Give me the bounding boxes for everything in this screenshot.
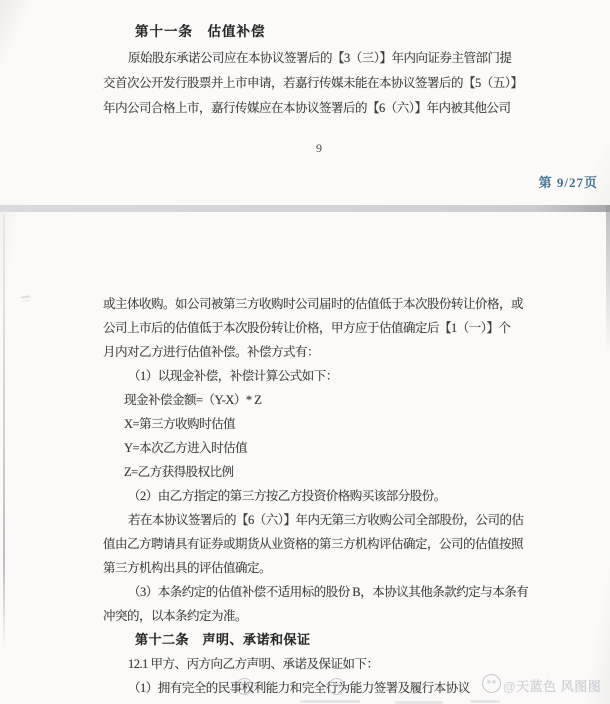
emoji-stamp-icon [482, 674, 501, 693]
body-line: 冲突的，以本条约定为准。 [103, 604, 539, 628]
body-line: （3）本条约定的估值补偿不适用标的股份 B，本协议其他条款约定与本条有 [103, 580, 539, 604]
body-line: 原始股东承诺公司应在本协议签署后的【3（三）】年内向证券主管部门提 [103, 46, 535, 71]
page-footer-indicator: 第 9/27页 [539, 172, 598, 191]
section-11-heading: 第十一条 估值补偿 [135, 20, 266, 40]
formula-line: Z=乙方获得股权比例 [103, 460, 539, 484]
body-line: 第三方机构出具的评估值确定。 [103, 556, 539, 580]
body-line: 若在本协议签署后的【6（六）】年内无第三方收购公司全部股份，公司的估 [103, 508, 539, 532]
body-line: （1）拥有完全的民事权利能力和完全行为能力签署及履行本协议 [103, 676, 539, 700]
formula-line: 现金补偿金额=（Y-X）* Z [103, 388, 539, 412]
emoji-stamp-icon [236, 678, 253, 695]
section-12-heading: 第十二条 声明、承诺和保证 [103, 628, 539, 652]
cutoff-text-smudge [300, 700, 360, 703]
body-line: （1）以现金补偿，补偿计算公式如下： [103, 364, 539, 388]
body-line: 月内对乙方进行估值补偿。补偿方式有： [103, 340, 539, 364]
formula-line: X=第三方收购时估值 [103, 412, 539, 436]
body-line: （2）由乙方指定的第三方按乙方投资价格购买该部分股份。 [103, 484, 539, 508]
screenshot-canvas: 第十一条 估值补偿 原始股东承诺公司应在本协议签署后的【3（三）】年内向证券主管… [0, 0, 610, 704]
body-line: 交首次公开发行股票并上市申请，若嘉行传媒未能在本协议签署后的【5（五）】 [103, 71, 535, 96]
body-line: 公司上市后的估值低于本次股份转让价格，甲方应于估值确定后【1（一）】个 [103, 316, 539, 340]
scan-edge-left [3, 214, 5, 650]
body-line: 年内公司合格上市，嘉行传媒应在本协议签署后的【6（六）】年内被其他公司 [103, 96, 535, 121]
body-line: 值由乙方聘请具有证券或期货从业资格的第三方机构评估确定，公司的估值按照 [103, 532, 539, 556]
clause-11-continued-paragraph: 或主体收购。如公司被第三方收购时公司届时的估值低于本次股份转让价格，或 公司上市… [103, 292, 539, 700]
scan-edge-right [606, 205, 610, 355]
inline-page-number: 9 [103, 141, 535, 156]
cutoff-text-smudge [470, 700, 500, 703]
weibo-watermark: @天蓝色 风图图 [503, 676, 610, 695]
body-line: 12.1 甲方、丙方向乙方声明、承诺及保证如下： [103, 652, 539, 676]
body-line: 或主体收购。如公司被第三方收购时公司届时的估值低于本次股份转让价格，或 [103, 292, 539, 316]
document-page-9: 第十一条 估值补偿 原始股东承诺公司应在本协议签署后的【3（三）】年内向证券主管… [0, 0, 610, 205]
page-divider [0, 205, 610, 212]
formula-line: Y=本次乙方进入时估值 [103, 436, 539, 460]
clause-11-paragraph: 原始股东承诺公司应在本协议签署后的【3（三）】年内向证券主管部门提 交首次公开发… [103, 46, 535, 121]
